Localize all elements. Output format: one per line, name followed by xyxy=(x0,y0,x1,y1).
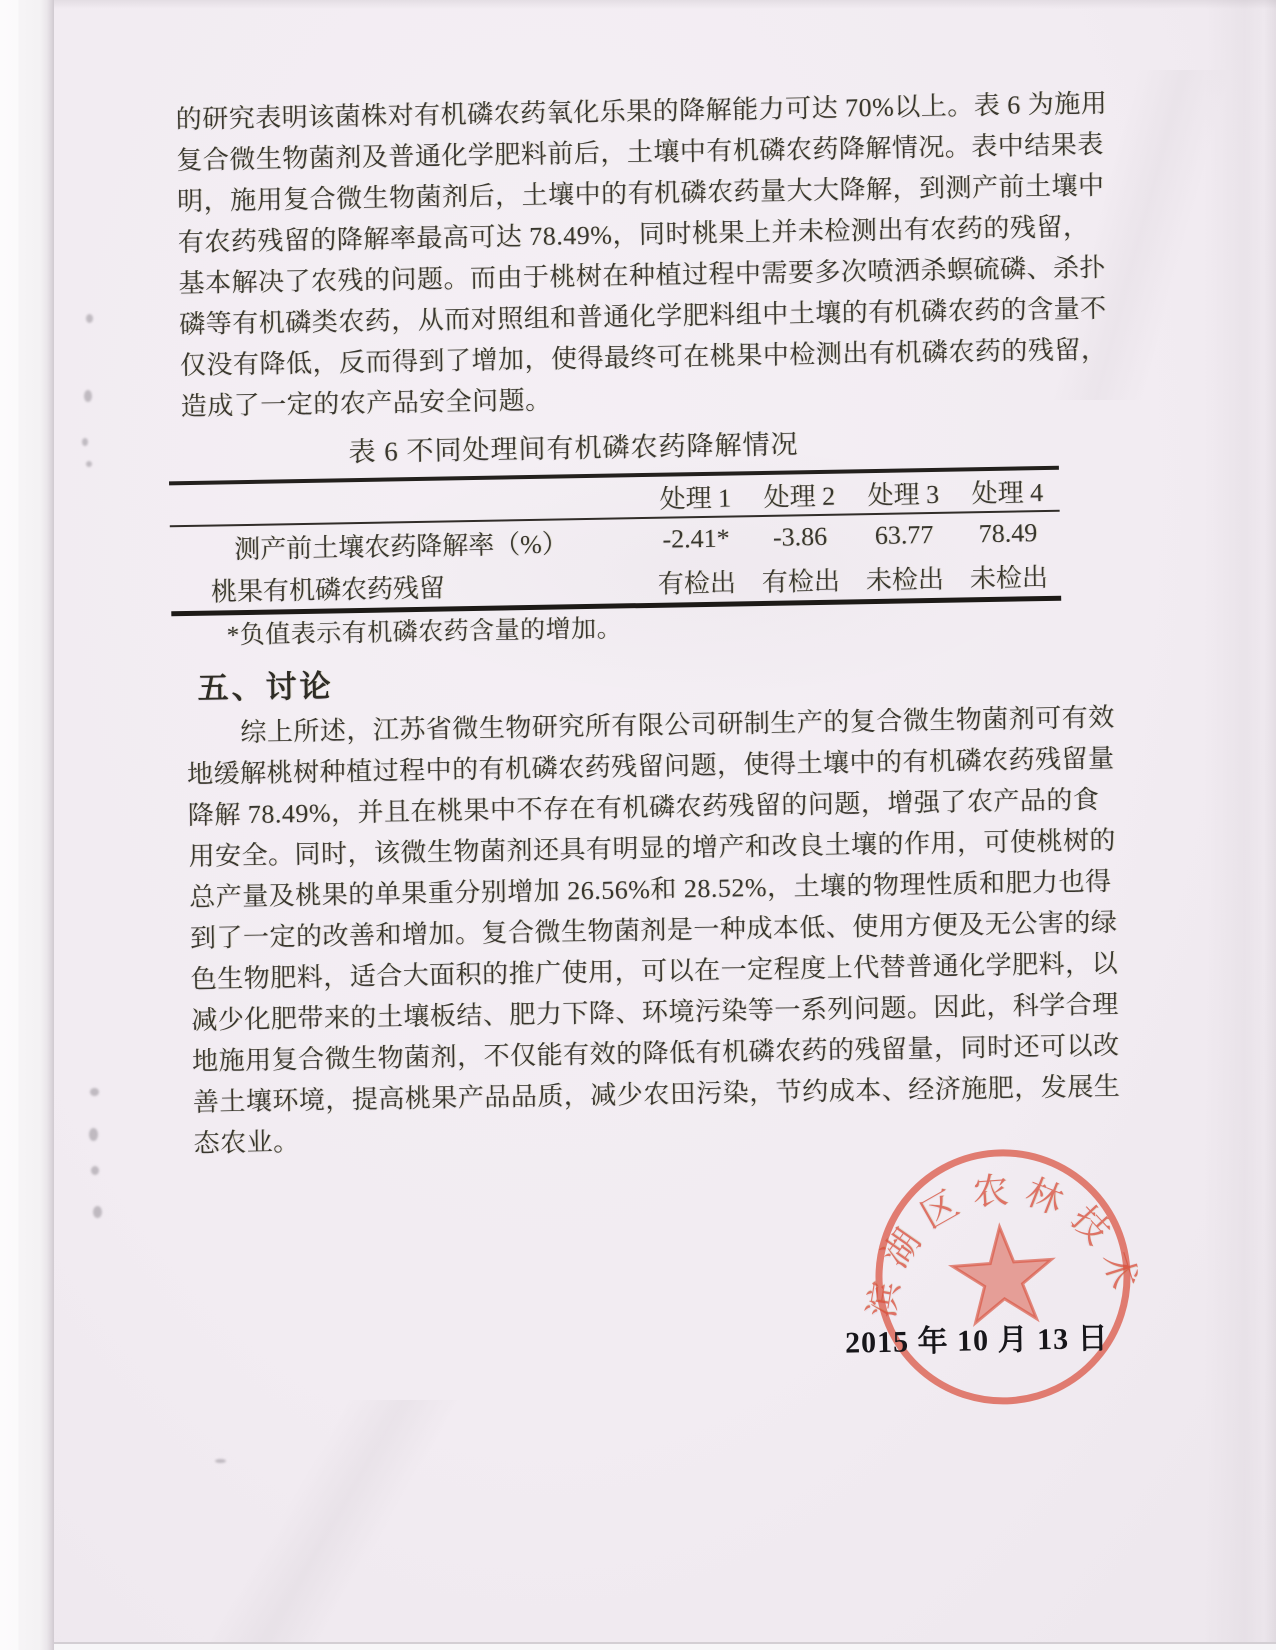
table-cell: 78.49 xyxy=(956,518,1061,550)
table-cell: 未检出 xyxy=(956,556,1061,595)
table-header-cell: 处理 1 xyxy=(643,477,748,516)
table-cell: 有检出 xyxy=(748,560,853,599)
table-header-cell: 处理 4 xyxy=(955,471,1060,510)
paragraph-discussion: 综上所述，江苏省微生物研究所有限公司研制生产的复合微生物菌剂可有效 地缓解桃树种… xyxy=(186,698,1069,1164)
table-6: 处理 1 处理 2 处理 3 处理 4 测产前土壤农药降解率（%） -2.41*… xyxy=(169,466,1061,617)
table-row-label: 桃果有机磷农药残留 xyxy=(171,564,646,609)
table-cell: -2.41* xyxy=(644,523,749,555)
star-icon xyxy=(950,1224,1055,1325)
stamp-seal: 滨湖区农林技术 xyxy=(843,1117,1163,1437)
table-cell: 未检出 xyxy=(852,558,957,597)
page-content: 的研究表明该菌株对有机磷农药氧化乐果的降解能力可达 70%以上。表 6 为施用 … xyxy=(0,0,1276,1650)
table-cell: -3.86 xyxy=(748,521,853,553)
date-stamp: 2015 年 10 月 13 日 xyxy=(845,1313,1109,1362)
table-cell: 有检出 xyxy=(645,562,750,601)
table-title: 表 6 不同处理间有机磷农药降解情况 xyxy=(168,419,979,472)
table-cell: 63.77 xyxy=(852,520,957,552)
table-header-cell: 处理 3 xyxy=(851,473,956,512)
table-footnote: *负值表示有机磷农药含量的增加。 xyxy=(226,608,622,651)
paragraph-top: 的研究表明该菌株对有机磷农药氧化乐果的降解能力可达 70%以上。表 6 为施用 … xyxy=(175,84,1056,427)
table-header-spacer xyxy=(169,497,643,505)
section-heading: 五、讨论 xyxy=(197,660,334,707)
table-header-cell: 处理 2 xyxy=(747,475,852,514)
table-row-label: 测产前土壤农药降解率（%） xyxy=(170,522,645,567)
